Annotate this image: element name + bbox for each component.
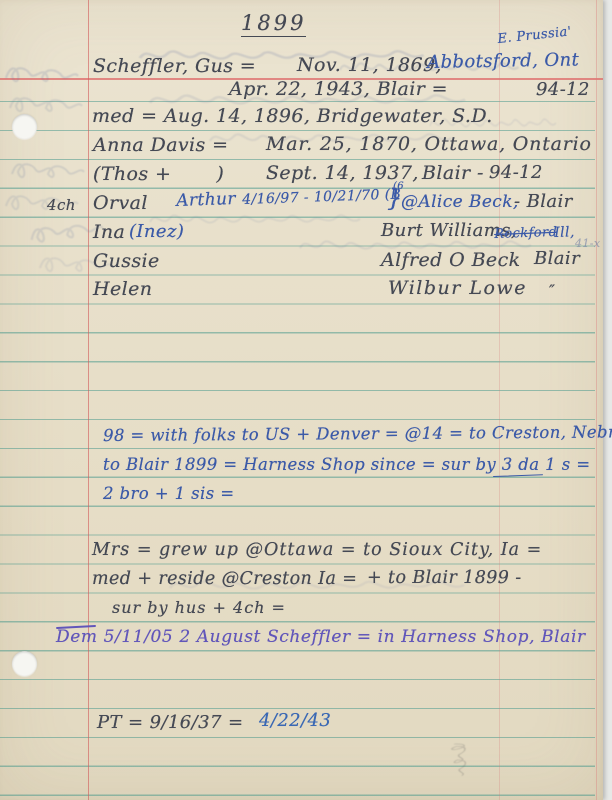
handwriting-segment: 1899	[241, 12, 306, 37]
handwriting-segment: 4/22/43	[259, 712, 331, 731]
handwriting-segment: Blair -	[422, 164, 484, 184]
handwriting-segment: Apr. 22, 1943, Blair =	[229, 80, 448, 100]
handwriting-segment: Mar. 25, 1870, Ottawa, Ontario	[266, 135, 592, 155]
handwriting-segment: Mrs = grew up @Ottawa = to Sioux City, I…	[92, 541, 542, 559]
handwriting-segment: 94-12	[536, 81, 590, 100]
handwriting-segment: Ill,	[554, 225, 575, 240]
handwriting-segment: Orval	[93, 194, 148, 214]
handwriting-segment: to Blair 1899 = Harness Shop since = sur…	[103, 456, 590, 473]
handwriting-segment: (Thos + )	[93, 165, 224, 185]
handwriting-segment: (Inez)	[129, 223, 184, 242]
handwriting-segment: Anna Davis =	[93, 136, 228, 156]
handwriting-segment: Scheffler, Gus =	[93, 57, 256, 77]
handwriting-segment: Arthur	[176, 191, 236, 211]
handwriting-segment: sur by hus + 4ch =	[112, 600, 286, 617]
handwriting-segment: E. Prussia'	[497, 25, 572, 46]
notebook-paper: 1899E. Prussia'Scheffler, Gus =Nov. 11, …	[0, 0, 603, 800]
handwriting-segment: - Blair	[514, 193, 573, 212]
handwriting-segment: 98 = with folks to US + Denver = @14 = t…	[103, 423, 612, 444]
handwriting-segment: + to Blair 1899 -	[367, 569, 522, 587]
handwriting-segment: ″	[549, 283, 555, 300]
handwriting-segment: Dem 5/11/05 2 August Scheffler = in Harn…	[56, 629, 586, 647]
handwriting-segment: 2 bro + 1 sis =	[103, 485, 234, 502]
handwriting-segment: Ina	[93, 223, 125, 243]
handwriting-segment: 4/16/97 - 10/21/70 (B	[242, 187, 401, 207]
handwriting-segment: Rockford	[494, 226, 558, 242]
handwriting-segment: Wilbur Lowe	[388, 279, 527, 299]
handwriting-segment: Helen	[93, 280, 152, 300]
handwriting-segment: (6	[393, 182, 404, 193]
handwriting-segment: Gussie	[93, 252, 160, 272]
handwriting-segment: PT = 9/16/37 =	[97, 714, 243, 733]
handwriting-segment: 94-12	[489, 164, 543, 183]
handwriting-layer: 1899E. Prussia'Scheffler, Gus =Nov. 11, …	[0, 0, 603, 800]
handwriting-segment: Abbotsford, Ont	[427, 51, 579, 73]
handwriting-segment: Nov. 11, 1869,	[297, 56, 442, 76]
scanned-page: 1899E. Prussia'Scheffler, Gus =Nov. 11, …	[0, 0, 612, 800]
handwriting-segment: Blair	[534, 250, 580, 269]
handwriting-segment: @Alice Beck,	[401, 194, 519, 212]
handwriting-segment: med = Aug. 14, 1896, Bridgewater, S.D.	[92, 107, 493, 127]
handwriting-segment: med + reside @Creston Ia =	[92, 570, 357, 588]
handwriting-segment: Alfred O Beck	[381, 251, 521, 271]
handwriting-segment: 4ch	[47, 198, 76, 214]
